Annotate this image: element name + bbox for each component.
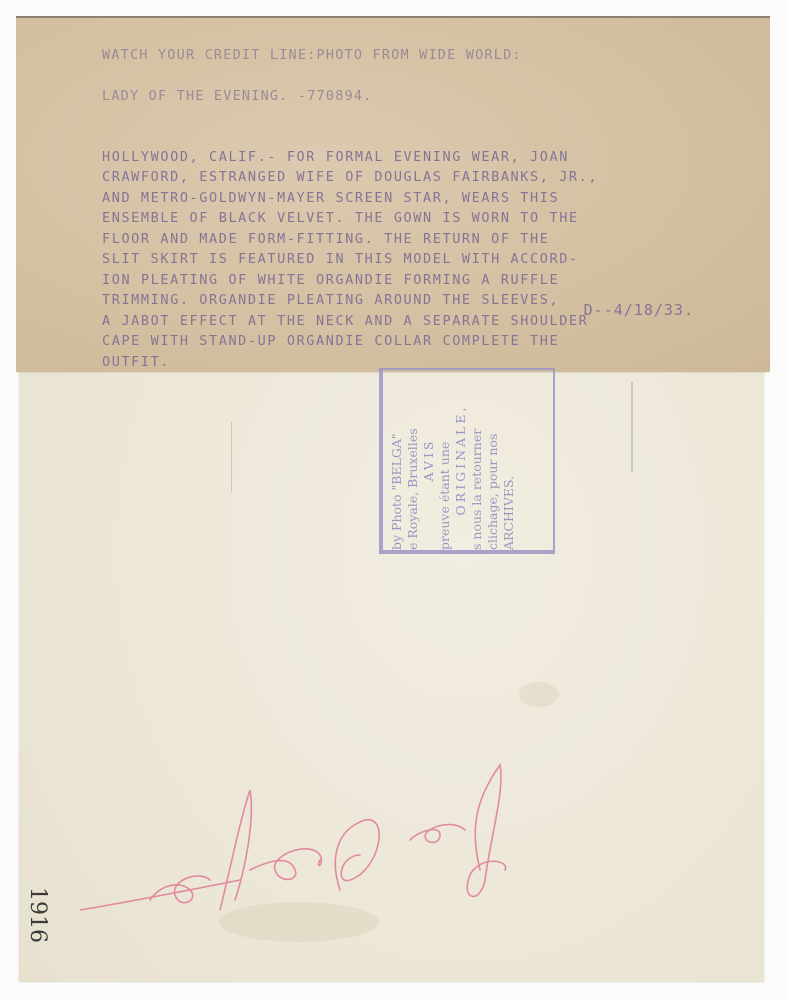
credit-line: WATCH YOUR CREDIT LINE:PHOTO FROM WIDE W… [102,45,742,66]
pencil-number-text: 1916 [25,887,50,943]
signature-joan-crawford [80,760,520,930]
caption-date: D--4/18/33. [584,301,694,319]
caption-title: LADY OF THE EVENING. -770894. [102,86,742,107]
scratch-mark [631,382,633,472]
stamp-line: by Photo "BELGA" [389,370,405,550]
stamp-line: e Royale, Bruxelles [405,370,421,550]
caption-snipe: WATCH YOUR CREDIT LINE:PHOTO FROM WIDE W… [16,16,770,372]
pencil-inventory-number: 1916 [25,903,95,943]
stain [519,682,559,707]
caption-text-block: WATCH YOUR CREDIT LINE:PHOTO FROM WIDE W… [102,24,742,393]
stamp-line: s nous la retourner [469,370,485,550]
stamp-line: ARCHIVES. [501,370,517,550]
scratch-mark [231,422,232,492]
agency-stamp: by Photo "BELGA" e Royale, Bruxelles AVI… [379,368,555,554]
stamp-line: AVIS [421,370,437,550]
stamp-text: by Photo "BELGA" e Royale, Bruxelles AVI… [389,370,559,550]
stamp-line: ORIGINALE, [453,370,469,550]
stamp-line: clichage, pour nos [485,370,501,550]
stamp-line: preuve étant une [437,370,453,550]
caption-body: HOLLYWOOD, CALIF.- FOR FORMAL EVENING WE… [102,147,742,373]
